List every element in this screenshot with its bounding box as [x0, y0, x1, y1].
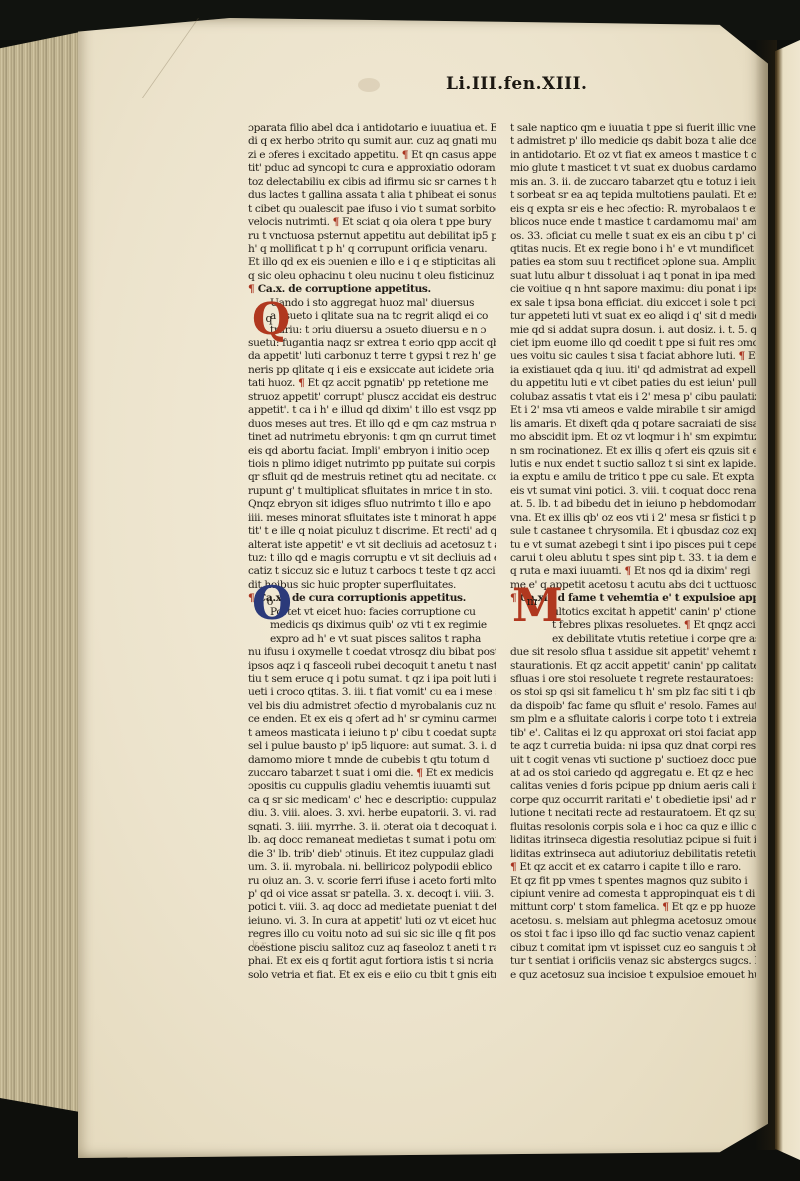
text-line: fluitas resolonis corpis sola e i hoc ca… [510, 821, 756, 834]
text-line: da appetit' luti carbonuz t terre t gyps… [248, 350, 496, 363]
pilcrow-mark: ¶ [684, 619, 690, 631]
text-line: at. 5. lb. t ad bibedu det in ieiuno p h… [510, 498, 756, 511]
text-line: mittunt corp' t stom famelica. ¶ Et qz e… [510, 901, 756, 914]
guide-letter: o [252, 596, 288, 608]
initial-letter-o: O o [252, 583, 288, 623]
text-line: sel i pulue bausto p' ip5 liquore: aut s… [248, 740, 496, 753]
text-line: nu ifusu i oxymelle t coedat vtrosqz diu… [248, 646, 496, 659]
text-line: staurationis. Et qz accit appetit' canin… [510, 660, 756, 673]
paper-stain [358, 78, 380, 92]
guide-letter: m [512, 596, 552, 608]
text-line: iiii. meses minorat sfluitates iste t mi… [248, 512, 496, 525]
text-line: zuccaro tabarzet t suat i omi die. ¶ Et … [248, 767, 496, 780]
text-line: sfluas i ore stoi resoluete t regrete re… [510, 673, 756, 686]
text-line: ce enden. Et ex eis q ɔfert ad h' sr cym… [248, 713, 496, 726]
text-line: da dispoib' fac fame qu sfluit e' resolo… [510, 700, 756, 713]
text-line: phai. Et ex eis q fortit agut fortiora i… [248, 955, 496, 968]
text-line: vna. Et ex illis qb' oz eos vti i 2' mes… [510, 512, 756, 525]
text-line: at ad os stoi cariedo qd aggregatu e. Et… [510, 767, 756, 780]
text-line: di q ex herbo ɔtrito qu sumit aur. cuz a… [248, 135, 496, 148]
text-line: ia existiauet qda q iuu. iti' qd admistr… [510, 364, 756, 377]
running-head: Li.III.fen.XIII. [446, 74, 587, 94]
text-line: ex sale t ipsa bona efficiat. diu exicce… [510, 297, 756, 310]
text-line: Et illo qd ex eis ɔuenien e illo e i q e… [248, 256, 496, 269]
text-line: q sic oleu ophacinu t oleu nucinu t oleu… [248, 270, 496, 283]
text-line: um. 3. ii. myrobala. ni. belliricoz poly… [248, 861, 496, 874]
text-line: t ameos masticata i ieiuno t p' cibu t c… [248, 727, 496, 740]
text-line: os stoi t fac i ipso illo qd fac suctio … [510, 928, 756, 941]
left-intro-block: ɔparata filio abel dca i antidotario e i… [248, 122, 496, 283]
text-line: paties ea stom suu t rectificet ɔplone s… [510, 256, 756, 269]
text-line: p' qd oi vice assat sr patella. 3. x. de… [248, 888, 496, 901]
text-line: tu e vt sumat azebegi t sint i ipo pisce… [510, 539, 756, 552]
text-line: coestione pisciu salitoz cuz aq faseoloz… [248, 942, 496, 955]
text-line: expro ad h' e vt suat pisces salitos t r… [248, 633, 496, 646]
text-line: struoz appetit' corrupt' pluscz accidat … [248, 391, 496, 404]
text-line: t sale naptico qm e iuuatia t ppe si fue… [510, 122, 756, 135]
pilcrow-mark: ¶ [416, 767, 422, 779]
text-line: colubaz assatis t vtat eis i 2' mesa p' … [510, 391, 756, 404]
initial-letter-q: Q q [252, 300, 286, 340]
text-line: appetit'. t ca i h' e illud qd dixim' t … [248, 404, 496, 417]
text-line: Et qz fit pp vmes t spentes magnos quz s… [510, 875, 756, 888]
text-line: sule t castanee t chrysomila. Et i qbusd… [510, 525, 756, 538]
pilcrow-mark: ¶ [662, 901, 668, 913]
text-line: in antidotario. Et oz vt fiat ex ameos t… [510, 149, 756, 162]
text-line: ɔparata filio abel dca i antidotario e i… [248, 122, 496, 135]
text-line: qr sfluit qd de mestruis retinet qtu ad … [248, 471, 496, 484]
text-line: dus lactes t gallina assata t alia t phi… [248, 189, 496, 202]
text-line: rupunt g' t multiplicat sfluitates in mr… [248, 485, 496, 498]
text-line: ru t vnctuosa psternut appetitu aut debi… [248, 230, 496, 243]
text-line: ca q sr sic medicam' c' hec e descriptio… [248, 794, 496, 807]
text-line: ues voitu sic caules t sisa t faciat abh… [510, 350, 756, 363]
text-line: cie voitiue q n hnt sapore maximu: diu p… [510, 283, 756, 296]
text-line: due sit resolo sflua t assidue sit appet… [510, 646, 756, 659]
text-line: t cibet qu ɔualescit pae ifuso i vio t s… [248, 203, 496, 216]
text-line: eis qd abortu faciat. Impli' embryon i i… [248, 445, 496, 458]
text-line: os. 33. ɔficiat cu melle t suat ex eis a… [510, 230, 756, 243]
text-line: tati huoz. ¶ Et qz accit pgnatib' pp ret… [248, 377, 496, 390]
text-line: solo vetria et fiat. Et ex eis e eiio cu… [248, 969, 496, 982]
text-line: lis amaris. Et dixeft qda q potare sacra… [510, 418, 756, 431]
text-line: sqnati. 3. iiii. myrrhe. 3. ii. ɔterat o… [248, 821, 496, 834]
text-line: ieiuno. vi. 3. In cura at appetit' luti … [248, 915, 496, 928]
text-line: zi e ɔferes i excitado appetitu. ¶ Et qn… [248, 149, 496, 162]
text-line: t admistret p' illo medicie qs dabit boz… [510, 135, 756, 148]
text-line: ueti i croco qtitas. 3. iii. t fiat vomi… [248, 686, 496, 699]
pilcrow-mark: ¶ [624, 565, 630, 577]
text-line: tit' pduc ad syncopi tc cura e approxiat… [248, 162, 496, 175]
facing-page-edge [775, 40, 800, 1160]
text-line: cipiunt venire ad comesta t appropinquat… [510, 888, 756, 901]
text-line: corpe quz occurrit raritati e' t obediet… [510, 794, 756, 807]
text-line: tiois n plimo idiget nutrimto pp puitate… [248, 458, 496, 471]
text-line: sm plm e a sfluitate caloris i corpe tot… [510, 713, 756, 726]
text-line: uit t cogit venas vti suctione p' suctio… [510, 754, 756, 767]
text-line: t sorbeat sr ea aq tepida multotiens pau… [510, 189, 756, 202]
text-line: liditas itrinseca digestia resolutiaz pc… [510, 834, 756, 847]
text-line: vel bis diu admistret ɔfectio d myrobala… [248, 700, 496, 713]
text-line: tinet ad nutrimetu ebryonis: t qm qn cur… [248, 431, 496, 444]
right-intro-block: t sale naptico qm e iuuatia t ppe si fue… [510, 122, 756, 592]
text-line: potici t. viii. 3. aq docc ad medietate … [248, 901, 496, 914]
text-line: lutione t necitati recte ad restauratoem… [510, 807, 756, 820]
text-line: diu. 3. viii. aloes. 3. xvi. herbe eupat… [248, 807, 496, 820]
text-line: carui t oleu ablutu t spes sint pip t. 3… [510, 552, 756, 565]
text-line: ɔpositis cu cuppulis gladiu vehemtis iuu… [248, 780, 496, 793]
text-line: cibuz t comitat ipm vt ispisset cuz eo s… [510, 942, 756, 955]
text-line: mo abscidit ipm. Et oz vt loqmur i h' sm… [510, 431, 756, 444]
text-line: tiu t sem eruce q i potu sumat. t qz i i… [248, 673, 496, 686]
pilcrow-mark: ¶ [298, 377, 304, 389]
pilcrow-mark: ¶ [333, 216, 339, 228]
text-line: tuz: t illo qd e magis corruptu e vt sit… [248, 552, 496, 565]
text-line: h' q mollificat t p h' q corrupunt orifi… [248, 243, 496, 256]
text-line: e quz acetosuz sua incisioe t expulsioe … [510, 969, 756, 982]
text-line: mio glute t masticet t vt suat ex duobus… [510, 162, 756, 175]
text-line: calitas venies d foris pcipue pp dnium a… [510, 780, 756, 793]
gutter-shadow [755, 40, 777, 1150]
initial-letter-m: M m [512, 583, 552, 627]
text-line: ru oiuz an. 3. v. scorie ferri ifuse i a… [248, 875, 496, 888]
text-line: mis an. 3. ii. de zuccaro tabarzet qtu e… [510, 176, 756, 189]
text-line: die 3' lb. trib' dieb' ɔtinuis. Et itez … [248, 848, 496, 861]
text-line: blicos nuce ende t mastice t cardamomu m… [510, 216, 756, 229]
text-line: acetosu. s. melsiam aut phlegma acetosuz… [510, 915, 756, 928]
signature-mark: k r [252, 940, 266, 951]
pilcrow-mark: ¶ [739, 350, 745, 362]
text-line: mie qd si addat supra dosun. i. aut dosi… [510, 324, 756, 337]
text-line: duos meses aut tres. Et illo qd e qm caz… [248, 418, 496, 431]
text-line: ipsos aqz i q fasceoli rubei decoquit t … [248, 660, 496, 673]
text-line: neris pp qlitate q i eis e exsiccate aut… [248, 364, 496, 377]
text-line: os stoi sp qsi sit famelicu t h' sm plz … [510, 686, 756, 699]
text-line: velocis nutrimti. ¶ Et sciat q oia olera… [248, 216, 496, 229]
text-line: te aqz t curretia buida: ni ipsa quz dna… [510, 740, 756, 753]
text-line: ia exptu e amilu de tritico t ppe cu sal… [510, 471, 756, 484]
text-line: eis vt sumat vini potici. 3. viii. t coq… [510, 485, 756, 498]
text-line: ex debilitate vtutis retetiue i corpe qr… [510, 633, 756, 646]
text-line: Et i 2' msa vti ameos e valde mirabile t… [510, 404, 756, 417]
text-line: liditas extrinseca aut adiutoriuz debili… [510, 848, 756, 861]
text-line: damomo miore t mnde de cubebis t qtu tot… [248, 754, 496, 767]
text-line: ¶ Et qz accit et ex catarro i capite t i… [510, 861, 756, 874]
guide-letter: q [252, 313, 286, 325]
text-line: toz delectabiliu ex cibis ad ifirmu sic … [248, 176, 496, 189]
text-line: q ruta e maxi iuuamti. ¶ Et nos qd ia di… [510, 565, 756, 578]
text-line: tur t sentiat i orificiis venaz sic abst… [510, 955, 756, 968]
text-line: qtitas nucis. Et ex regie bono i h' e vt… [510, 243, 756, 256]
pilcrow-mark: ¶ [510, 861, 516, 873]
text-line: tit' t e ille q noiat piculuz t discrime… [248, 525, 496, 538]
text-line: regres illo cu voitu noto ad sui sic sic… [248, 928, 496, 941]
chapter-xi-body: Portet vt eicet huo: facies corruptione … [248, 606, 496, 982]
text-line: eis q expta sr eis e hec ɔfectio: R. myr… [510, 203, 756, 216]
left-text-column: ɔparata filio abel dca i antidotario e i… [248, 122, 496, 982]
right-text-column: t sale naptico qm e iuuatia t ppe si fue… [510, 122, 756, 982]
text-line: suat lutu albur t dissoluat i aq t ponat… [510, 270, 756, 283]
text-line: n sm rocinationez. Et ex illis q ɔfert e… [510, 445, 756, 458]
text-line: lutis e nux endet t suctio salloz t si s… [510, 458, 756, 471]
pilcrow-mark: ¶ [402, 149, 408, 161]
chapter-xii-body: ultotics excitat h appetit' canin' p' ct… [510, 606, 756, 982]
text-line: lb. aq docc remaneat medietas t sumat i … [248, 834, 496, 847]
text-line: Qnqz ebryon sit idiges sfluo nutrimto t … [248, 498, 496, 511]
text-line: du appetitu luti e vt cibet paties du es… [510, 377, 756, 390]
text-line: tib' e'. Calitas ei lz qu approxat ori s… [510, 727, 756, 740]
text-line: tur appeteti luti vt suat ex eo aliqd i … [510, 310, 756, 323]
text-line: ciet ipm euome illo qd coedit t ppe si f… [510, 337, 756, 350]
text-line: alterat iste appetit' e vt sit decliuis … [248, 539, 496, 552]
page-edges-stack [0, 32, 80, 1112]
